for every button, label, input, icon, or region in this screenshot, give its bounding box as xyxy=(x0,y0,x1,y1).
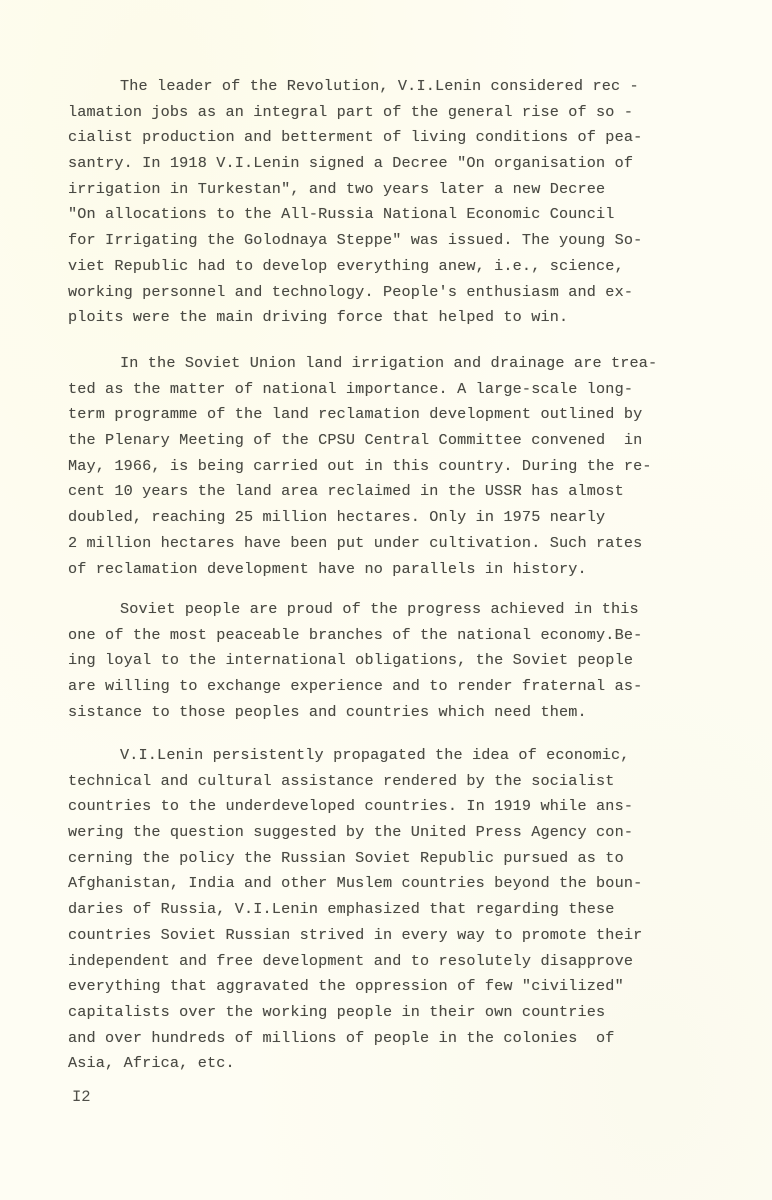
text-line: everything that aggravated the oppressio… xyxy=(68,974,748,1000)
text-line: the Plenary Meeting of the CPSU Central … xyxy=(68,428,748,454)
page-number: I2 xyxy=(72,1085,91,1110)
text-line: wering the question suggested by the Uni… xyxy=(68,820,748,846)
document-page: The leader of the Revolution, V.I.Lenin … xyxy=(0,0,772,1200)
text-line: In the Soviet Union land irrigation and … xyxy=(68,351,748,377)
text-line: The leader of the Revolution, V.I.Lenin … xyxy=(68,74,748,100)
text-line: of reclamation development have no paral… xyxy=(68,557,748,583)
text-line: ing loyal to the international obligatio… xyxy=(68,648,748,674)
text-line: 2 million hectares have been put under c… xyxy=(68,531,748,557)
text-line: santry. In 1918 V.I.Lenin signed a Decre… xyxy=(68,151,748,177)
paragraph-soviet-irrigation: In the Soviet Union land irrigation and … xyxy=(68,351,748,582)
text-line: Asia, Africa, etc. xyxy=(68,1051,748,1077)
text-line: V.I.Lenin persistently propagated the id… xyxy=(68,743,748,769)
text-line: doubled, reaching 25 million hectares. O… xyxy=(68,505,748,531)
text-line: countries to the underdeveloped countrie… xyxy=(68,794,748,820)
text-line: countries Soviet Russian strived in ever… xyxy=(68,923,748,949)
text-line: May, 1966, is being carried out in this … xyxy=(68,454,748,480)
text-line: working personnel and technology. People… xyxy=(68,280,748,306)
text-line: Afghanistan, India and other Muslem coun… xyxy=(68,871,748,897)
text-line: term programme of the land reclamation d… xyxy=(68,402,748,428)
text-line: for Irrigating the Golodnaya Steppe" was… xyxy=(68,228,748,254)
paragraph-lenin-reclamation: The leader of the Revolution, V.I.Lenin … xyxy=(68,74,748,331)
text-line: and over hundreds of millions of people … xyxy=(68,1026,748,1052)
text-line: independent and free development and to … xyxy=(68,949,748,975)
text-line: lamation jobs as an integral part of the… xyxy=(68,100,748,126)
text-line: cerning the policy the Russian Soviet Re… xyxy=(68,846,748,872)
text-line: cialist production and betterment of liv… xyxy=(68,125,748,151)
text-line: daries of Russia, V.I.Lenin emphasized t… xyxy=(68,897,748,923)
text-line: "On allocations to the All-Russia Nation… xyxy=(68,202,748,228)
text-line: sistance to those peoples and countries … xyxy=(68,700,748,726)
text-line: are willing to exchange experience and t… xyxy=(68,674,748,700)
text-line: viet Republic had to develop everything … xyxy=(68,254,748,280)
text-line: ploits were the main driving force that … xyxy=(68,305,748,331)
paragraph-lenin-assistance: V.I.Lenin persistently propagated the id… xyxy=(68,743,748,1077)
paragraph-soviet-people-pride: Soviet people are proud of the progress … xyxy=(68,597,748,725)
text-line: irrigation in Turkestan", and two years … xyxy=(68,177,748,203)
text-line: one of the most peaceable branches of th… xyxy=(68,623,748,649)
text-line: cent 10 years the land area reclaimed in… xyxy=(68,479,748,505)
text-line: technical and cultural assistance render… xyxy=(68,769,748,795)
text-line: capitalists over the working people in t… xyxy=(68,1000,748,1026)
text-line: Soviet people are proud of the progress … xyxy=(68,597,748,623)
text-line: ted as the matter of national importance… xyxy=(68,377,748,403)
